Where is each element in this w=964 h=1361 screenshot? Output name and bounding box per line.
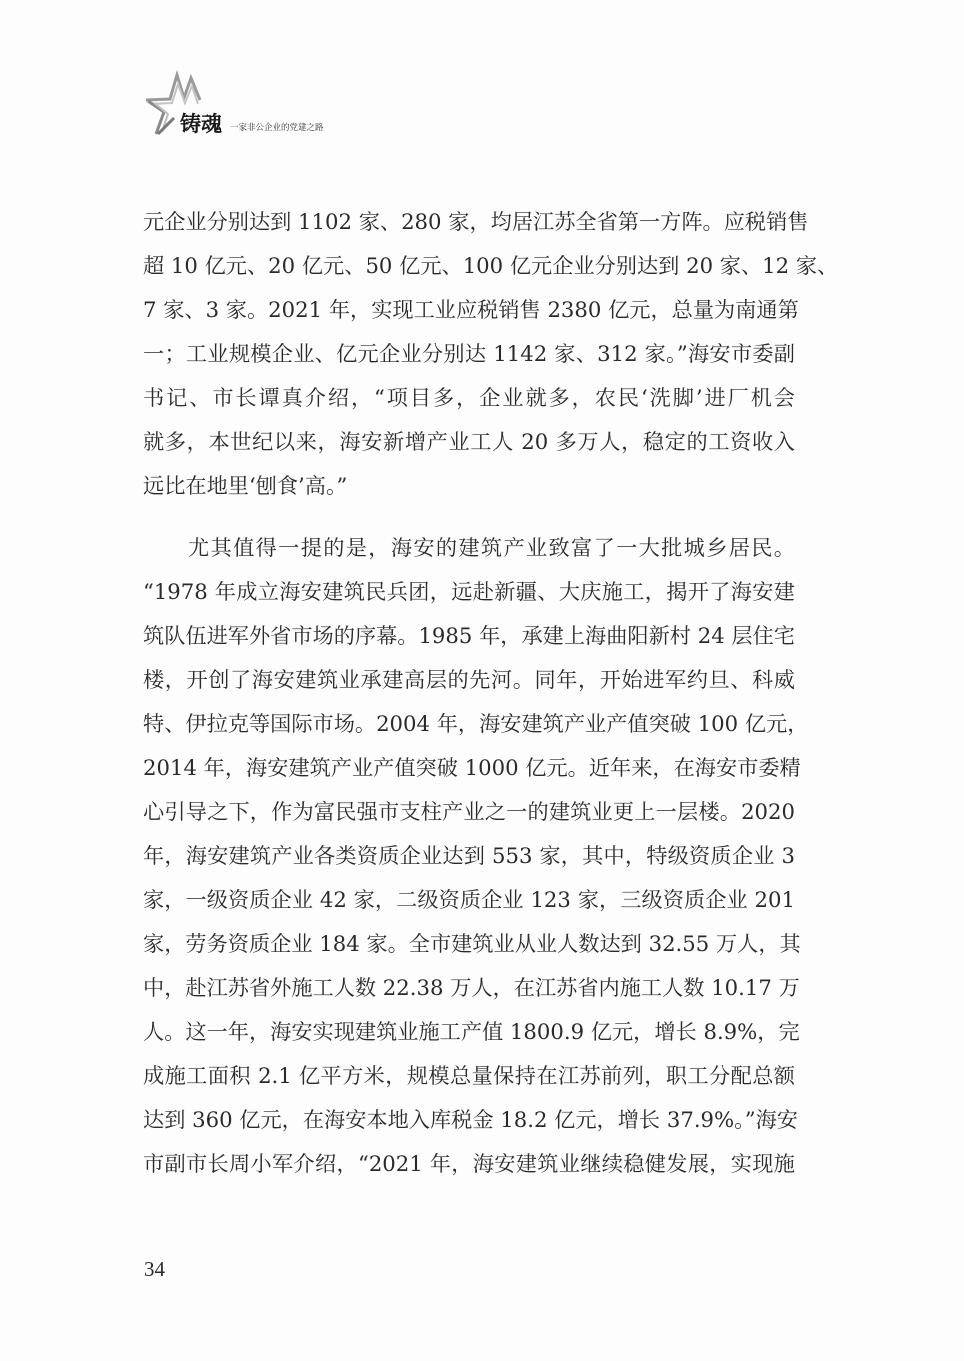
text-line: 7 家、3 家。2021 年，实现工业应税销售 2380 亿元，总量为南通第 (143, 288, 795, 332)
text-line: 就多，本世纪以来，海安新增产业工人 20 多万人，稳定的工资收入 (143, 420, 795, 464)
book-subtitle: 一家非公企业的党建之路 (230, 123, 324, 133)
body-text: 元企业分别达到 1102 家、280 家，均居江苏全省第一方阵。应税销售 超 1… (143, 200, 795, 1186)
text-line: 人。这一年，海安实现建筑业施工产值 1800.9 亿元，增长 8.9%，完 (143, 1010, 795, 1054)
page-number: 34 (144, 1257, 165, 1282)
text-line: 书记、市长谭真介绍，“项目多，企业就多，农民‘洗脚’进厂机会 (143, 376, 795, 420)
text-line: 一；工业规模企业、亿元企业分别达 1142 家、312 家。”海安市委副 (143, 332, 795, 376)
running-header: 铸魂 一家非公企业的党建之路 (144, 70, 404, 140)
text-line: 远比在地里‘刨食’高。” (143, 464, 795, 508)
text-line: 特、伊拉克等国际市场。2004 年，海安建筑产业产值突破 100 亿元， (143, 702, 795, 746)
book-title: 铸魂 (180, 112, 222, 136)
paragraph: 尤其值得一提的是，海安的建筑产业致富了一大批城乡居民。 “1978 年成立海安建… (143, 526, 795, 1186)
text-line: 成施工面积 2.1 亿平方米，规模总量保持在江苏前列，职工分配总额 (143, 1054, 795, 1098)
text-line: 达到 360 亿元，在海安本地入库税金 18.2 亿元，增长 37.9%。”海安 (143, 1098, 795, 1142)
text-line: 筑队伍进军外省市场的序幕。1985 年，承建上海曲阳新村 24 层住宅 (143, 614, 795, 658)
text-line: 超 10 亿元、20 亿元、50 亿元、100 亿元企业分别达到 20 家、12… (143, 244, 795, 288)
text-line: 心引导之下，作为富民强市支柱产业之一的建筑业更上一层楼。2020 (143, 790, 795, 834)
book-page: 铸魂 一家非公企业的党建之路 元企业分别达到 1102 家、280 家，均居江苏… (0, 0, 964, 1361)
text-line: 楼，开创了海安建筑业承建高层的先河。同年，开始进军约旦、科威 (143, 658, 795, 702)
text-line: 中，赴江苏省外施工人数 22.38 万人，在江苏省内施工人数 10.17 万 (143, 966, 795, 1010)
paragraph: 元企业分别达到 1102 家、280 家，均居江苏全省第一方阵。应税销售 超 1… (143, 200, 795, 508)
text-line: 2014 年，海安建筑产业产值突破 1000 亿元。近年来，在海安市委精 (143, 746, 795, 790)
text-line: 元企业分别达到 1102 家、280 家，均居江苏全省第一方阵。应税销售 (143, 200, 795, 244)
text-line: 尤其值得一提的是，海安的建筑产业致富了一大批城乡居民。 (143, 526, 795, 570)
text-line: 年，海安建筑产业各类资质企业达到 553 家，其中，特级资质企业 3 (143, 834, 795, 878)
text-line: 家，一级资质企业 42 家，二级资质企业 123 家，三级资质企业 201 (143, 878, 795, 922)
text-line: “1978 年成立海安建筑民兵团，远赴新疆、大庆施工，揭开了海安建 (143, 570, 795, 614)
text-line: 家，劳务资质企业 184 家。全市建筑业从业人数达到 32.55 万人，其 (143, 922, 795, 966)
text-line: 市副市长周小军介绍，“2021 年，海安建筑业继续稳健发展，实现施 (143, 1142, 795, 1186)
